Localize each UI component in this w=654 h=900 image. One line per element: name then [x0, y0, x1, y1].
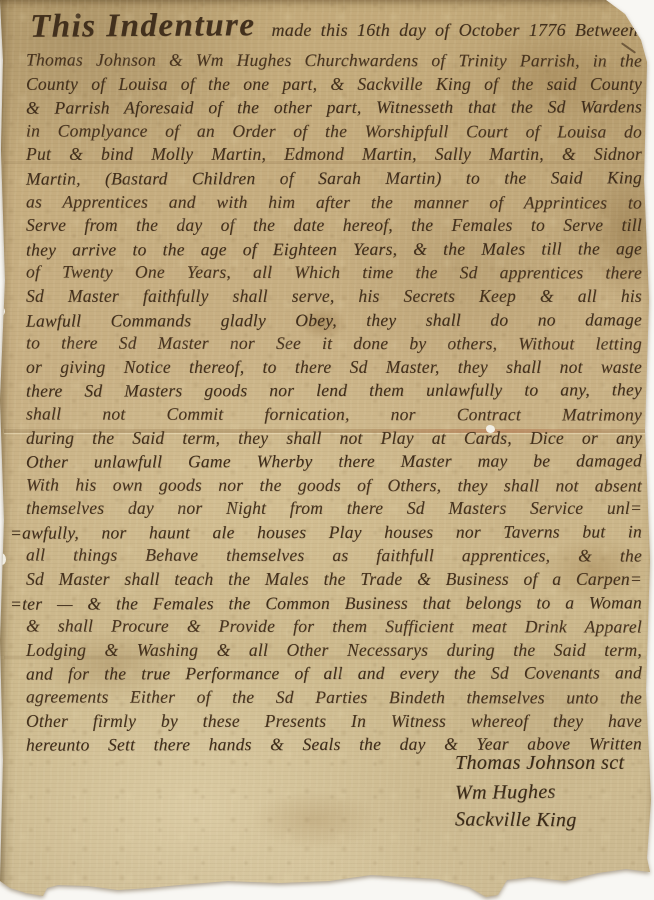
manuscript-line: as Apprentices and with him after the ma…	[26, 191, 642, 216]
opening-rest: made this 16th day of October 1776 Betwe…	[271, 20, 638, 41]
manuscript-line: Thomas Johnson & Wm Hughes Churchwardens…	[26, 49, 642, 74]
manuscript-line: they arrive to the age of Eighteen Years…	[26, 238, 642, 263]
ink-stain	[300, 306, 346, 340]
manuscript-line: =ter — & the Females the Common Business…	[10, 592, 642, 617]
signature: Wm Hughes	[455, 780, 625, 810]
manuscript-line: =awfully, nor haunt ale houses Play hous…	[10, 521, 642, 546]
paper-stain	[590, 170, 654, 300]
manuscript-line: Other firmly by these Presents In Witnes…	[26, 711, 642, 735]
manuscript-line: Put & bind Molly Martin, Edmond Martin, …	[26, 144, 642, 168]
stray-pen-mark	[621, 42, 636, 53]
paper-chip	[486, 425, 495, 433]
manuscript-line: hereunto Sett there hands & Seals the da…	[26, 734, 642, 759]
paper-chip	[0, 553, 6, 565]
manuscript-line: agreements Either of the Sd Parties Bind…	[26, 686, 642, 711]
manuscript-line: Serve from the day of the date hereof, t…	[26, 215, 642, 239]
manuscript-line: in Complyance of an Order of the Worship…	[26, 120, 642, 145]
manuscript-line: Lodging & Washing & all Other Necessarys…	[26, 640, 642, 664]
paper-stain	[250, 790, 380, 850]
manuscript-line: & Parrish Aforesaid of the other part, W…	[26, 97, 642, 122]
manuscript-line: to there Sd Master nor See it done by ot…	[26, 333, 642, 358]
manuscript-line: Sd Master faithfully shall serve, his Se…	[26, 286, 642, 310]
signature: Thomas Johnson sct	[455, 752, 624, 781]
manuscript-line: shall not Commit fornication, nor Contra…	[26, 403, 642, 428]
opening-line: This Indenture made this 16th day of Oct…	[30, 8, 638, 45]
fold-crease	[4, 656, 646, 659]
scanned-document-view: This Indenture made this 16th day of Oct…	[0, 0, 654, 900]
manuscript-line: County of Louisa of the one part, & Sack…	[26, 74, 642, 98]
paper-chip	[0, 306, 5, 316]
manuscript-line: Lawfull Commands gladly Obey, they shall…	[26, 309, 642, 334]
manuscript-line: Other unlawfull Game Wherby there Master…	[26, 450, 642, 475]
manuscript-line: of Twenty One Years, all Which time the …	[26, 262, 642, 287]
manuscript-line: themselves day nor Night from there Sd M…	[26, 498, 642, 522]
fold-crease	[4, 429, 646, 433]
manuscript-line: Martin, (Bastard Children of Sarah Marti…	[26, 167, 642, 192]
fold-crease	[4, 161, 646, 164]
manuscript-body: Thomas Johnson & Wm Hughes Churchwardens…	[26, 50, 642, 758]
manuscript-line: Sd Master shall teach the Males the Trad…	[26, 569, 642, 593]
paper-stain	[40, 630, 180, 700]
manuscript-line: With his own goods nor the goods of Othe…	[26, 474, 642, 499]
signature: Sackville King	[455, 808, 625, 838]
manuscript-line: and for the true Performance of all and …	[26, 663, 642, 688]
paper-shadow-wrap: This Indenture made this 16th day of Oct…	[0, 0, 654, 900]
manuscript-line: during the Said term, they shall not Pla…	[26, 428, 642, 452]
manuscript-line: or giving Notice thereof, to there Sd Ma…	[26, 357, 642, 381]
manuscript-line: there Sd Masters goods nor lend them unl…	[26, 380, 642, 405]
paper-stain	[480, 30, 620, 120]
document-page: This Indenture made this 16th day of Oct…	[0, 0, 654, 900]
manuscript-line: & shall Procure & Provide for them Suffi…	[26, 616, 642, 641]
manuscript-line: all things Behave themselves as faithful…	[26, 545, 642, 570]
opening-words: This Indenture	[30, 7, 256, 46]
signature-block: Thomas Johnson sctWm HughesSackville Kin…	[455, 752, 624, 838]
paper-stain	[540, 535, 650, 605]
